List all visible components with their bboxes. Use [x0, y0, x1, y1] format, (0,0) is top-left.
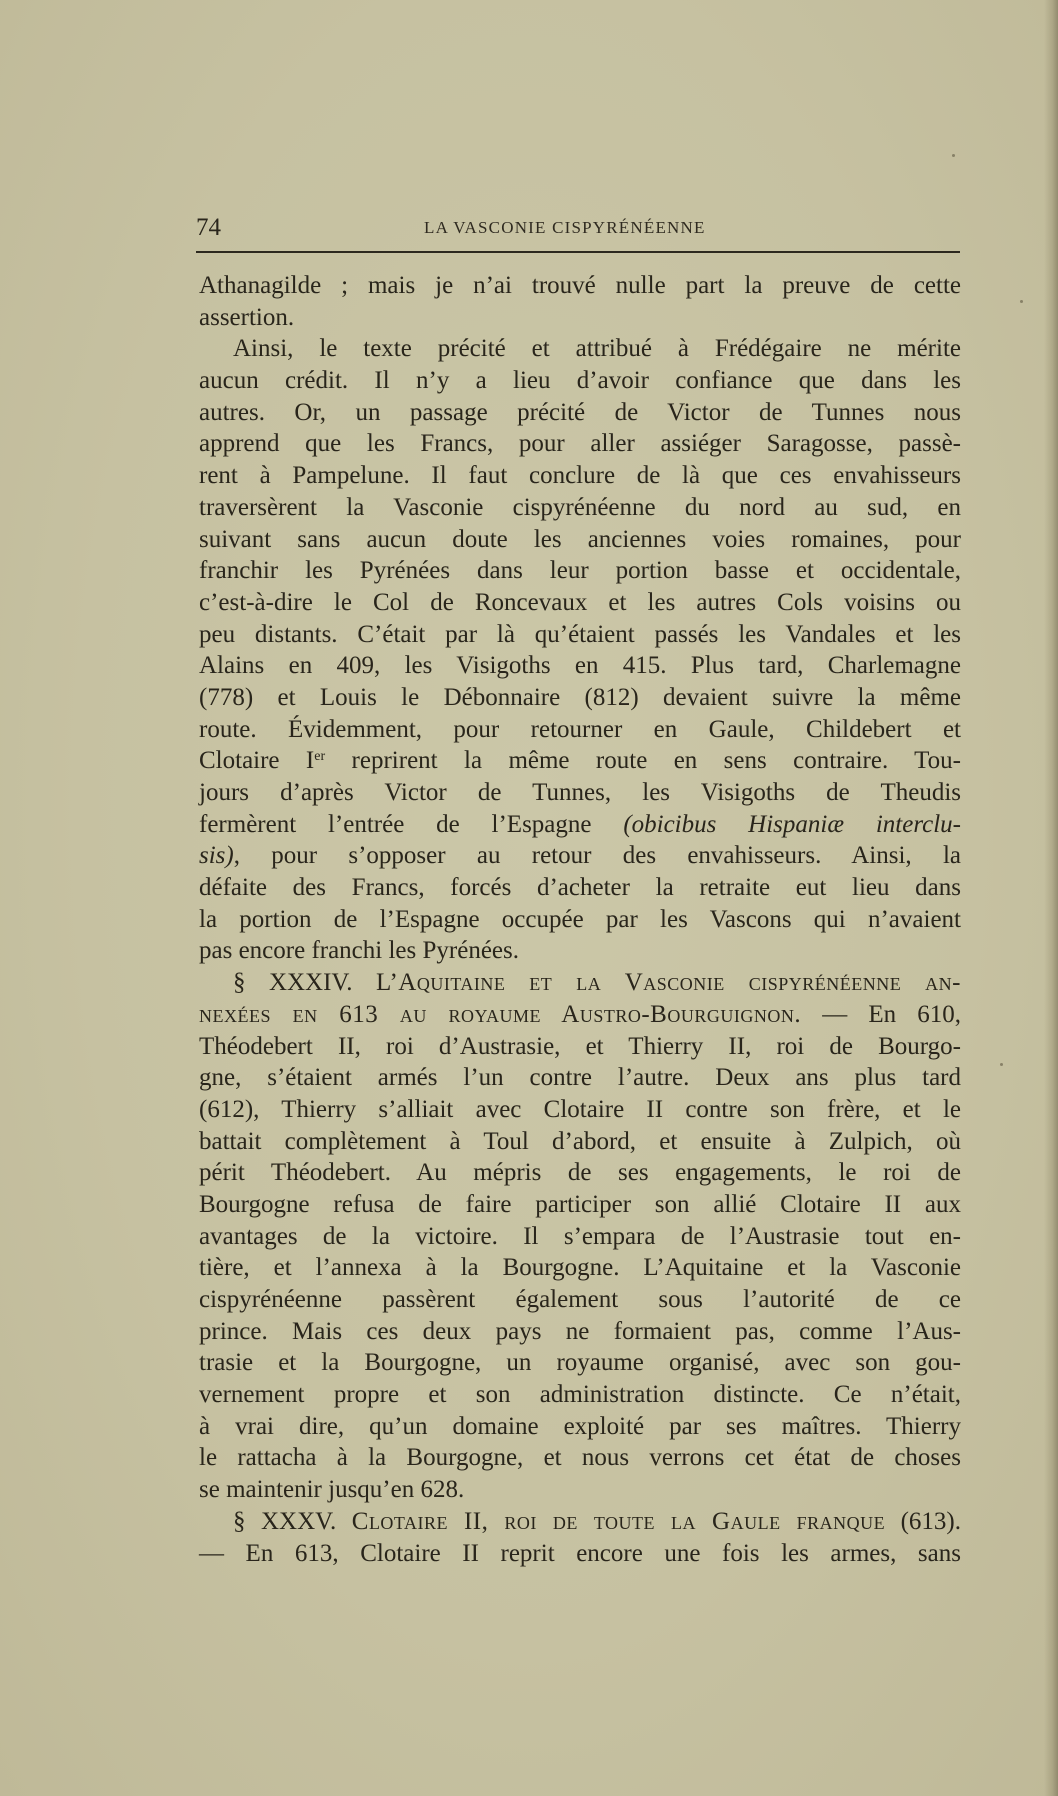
latin-quote: sis) [199, 842, 234, 869]
text-run: , pour s’opposer au retour des envahisse… [234, 842, 961, 869]
text-line: sis), pour s’opposer au retour des envah… [199, 840, 961, 872]
text-line: jours d’après Victor de Tunnes, les Visi… [199, 777, 961, 809]
text-line: battait complètement à Toul d’abord, et … [199, 1126, 961, 1158]
text-line: (612), Thierry s’alliait avec Clotaire I… [199, 1094, 961, 1126]
text-line: route. Évidemment, pour retourner en Gau… [199, 714, 961, 746]
text-line: Ainsi, le texte précité et attribué à Fr… [199, 333, 961, 365]
section-title: Clotaire II, roi de toute la Gaule franq… [352, 1508, 885, 1535]
running-title: LA VASCONIE CISPYRÉNÉENNE [424, 218, 706, 238]
text-line: autres. Or, un passage précité de Victor… [199, 397, 961, 429]
text-run: — En 610, [801, 1001, 961, 1028]
text-line: trasie et la Bourgogne, un royaume organ… [199, 1347, 961, 1379]
paper-speck [1000, 1063, 1003, 1066]
section-heading: nexées en 613 au royaume Austro-Bourguig… [199, 999, 961, 1031]
text-line: apprend que les Francs, pour aller assié… [199, 428, 961, 460]
section-number: § XXXV. [233, 1508, 336, 1535]
paper-speck [952, 154, 955, 157]
text-line: traversèrent la Vasconie cispyrénéenne d… [199, 492, 961, 524]
text-line: défaite des Francs, forcés d’acheter la … [199, 872, 961, 904]
text-line: c’est-à-dire le Col de Roncevaux et les … [199, 587, 961, 619]
text-line: la portion de l’Espagne occupée par les … [199, 904, 961, 936]
text-run: reprirent la même route en sens contrair… [325, 747, 961, 774]
text-line: gne, s’étaient armés l’un contre l’autre… [199, 1062, 961, 1094]
text-line: Bourgogne refusa de faire participer son… [199, 1189, 961, 1221]
text-line: — En 613, Clotaire II reprit encore une … [199, 1538, 961, 1570]
text-line: franchir les Pyrénées dans leur portion … [199, 555, 961, 587]
text-line: prince. Mais ces deux pays ne formaient … [199, 1316, 961, 1348]
text-line: tière, et l’annexa à la Bourgogne. L’Aqu… [199, 1252, 961, 1284]
text-line: périt Théodebert. Au mépris de ses engag… [199, 1157, 961, 1189]
text-line: à vrai dire, qu’un domaine exploité par … [199, 1411, 961, 1443]
section-number: § XXXIV. [233, 969, 353, 996]
body-text: Athanagilde ; mais je n’ai trouvé nulle … [199, 270, 961, 1569]
text-line: suivant sans aucun doute les anciennes v… [199, 524, 961, 556]
latin-quote: (obicibus Hispaniæ interclu- [623, 811, 961, 838]
header-rule [196, 251, 960, 253]
text-line: cispyrénéenne passèrent également sous l… [199, 1284, 961, 1316]
text-line: le rattacha à la Bourgogne, et nous verr… [199, 1442, 961, 1474]
section-heading: § XXXIV. L’Aquitaine et la Vasconie cisp… [199, 967, 961, 999]
text-run: Clotaire I [199, 747, 314, 774]
section-title: L’Aquitaine et la Vasconie cispyrénéenne… [376, 969, 961, 996]
text-line: (778) et Louis le Débonnaire (812) devai… [199, 682, 961, 714]
text-line: Théodebert II, roi d’Austrasie, et Thier… [199, 1031, 961, 1063]
text-line: se maintenir jusqu’en 628. [199, 1474, 961, 1506]
page-edge-shadow [1044, 0, 1058, 1796]
text-line: assertion. [199, 302, 961, 334]
text-line: vernement propre et son administration d… [199, 1379, 961, 1411]
superscript: er [314, 749, 325, 764]
paper-speck [1020, 300, 1023, 303]
text-line: Clotaire Ier reprirent la même route en … [199, 745, 961, 777]
text-line: fermèrent l’entrée de l’Espagne (obicibu… [199, 809, 961, 841]
text-line: pas encore franchi les Pyrénées. [199, 935, 961, 967]
text-line: Athanagilde ; mais je n’ai trouvé nulle … [199, 270, 961, 302]
scanned-page: 74 LA VASCONIE CISPYRÉNÉENNE Athanagilde… [0, 0, 1058, 1796]
section-heading: § XXXV. Clotaire II, roi de toute la Gau… [199, 1506, 961, 1538]
text-run: (613). [885, 1508, 961, 1535]
text-line: peu distants. C’était par là qu’étaient … [199, 619, 961, 651]
page-number: 74 [196, 214, 221, 242]
section-title: nexées en 613 au royaume Austro-Bourguig… [199, 1001, 801, 1028]
text-line: rent à Pampelune. Il faut conclure de là… [199, 460, 961, 492]
text-line: Alains en 409, les Visigoths en 415. Plu… [199, 650, 961, 682]
text-line: aucun crédit. Il n’y a lieu d’avoir conf… [199, 365, 961, 397]
text-run: fermèrent l’entrée de l’Espagne [199, 811, 623, 838]
text-line: avantages de la victoire. Il s’empara de… [199, 1221, 961, 1253]
running-head: 74 LA VASCONIE CISPYRÉNÉENNE [196, 214, 960, 244]
